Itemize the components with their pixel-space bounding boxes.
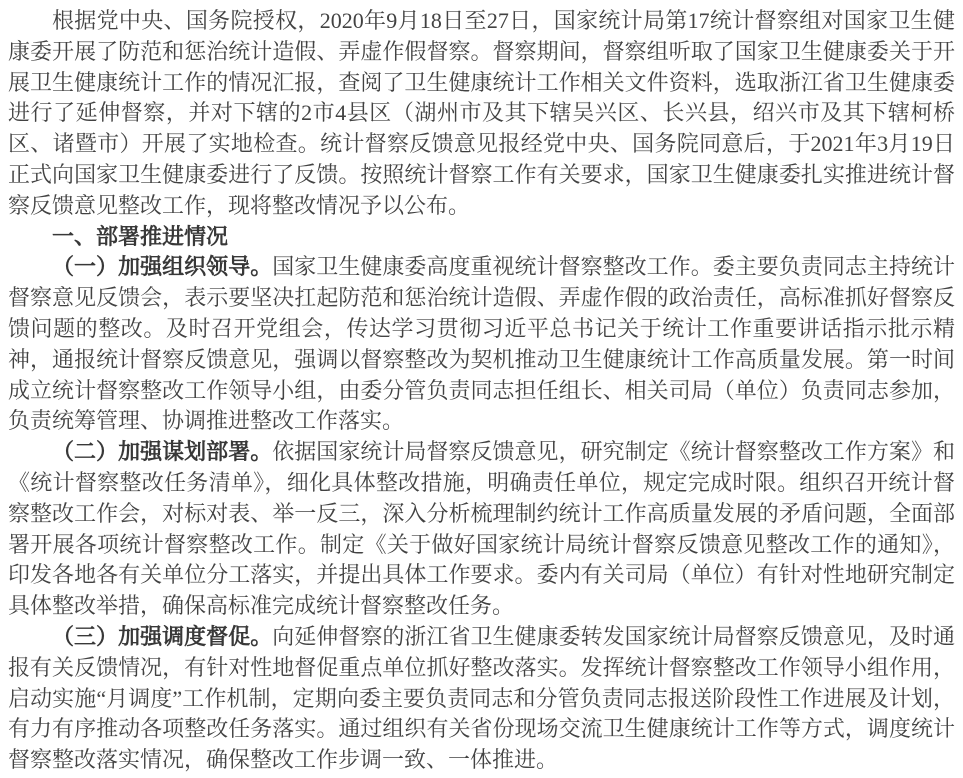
paragraph-body: 国家卫生健康委高度重视统计督察整改工作。委主要负责同志主持统计督察意见反馈会，表… (8, 254, 955, 433)
paragraph-strengthen-planning-deployment: （二）加强谋划部署。依据国家统计局督察反馈意见，研究制定《统计督察整改工作方案》… (8, 437, 955, 622)
paragraph-lead: （一）加强组织领导。 (52, 254, 272, 279)
document-page: 根据党中央、国务院授权，2020年9月18日至27日，国家统计局第17统计督察组… (0, 0, 963, 778)
paragraph-body: 依据国家统计局督察反馈意见，研究制定《统计督察整改工作方案》和《统计督察整改任务… (8, 439, 955, 618)
paragraph-lead: （三）加强调度督促。 (52, 624, 272, 649)
paragraph-lead: （二）加强谋划部署。 (52, 439, 272, 464)
paragraph-strengthen-scheduling-supervision: （三）加强调度督促。向延伸督察的浙江省卫生健康委转发国家统计局督察反馈意见，及时… (8, 622, 955, 776)
paragraph-strengthen-org-leadership: （一）加强组织领导。国家卫生健康委高度重视统计督察整改工作。委主要负责同志主持统… (8, 252, 955, 437)
intro-paragraph: 根据党中央、国务院授权，2020年9月18日至27日，国家统计局第17统计督察组… (8, 6, 955, 222)
section-heading: 一、部署推进情况 (8, 222, 955, 253)
